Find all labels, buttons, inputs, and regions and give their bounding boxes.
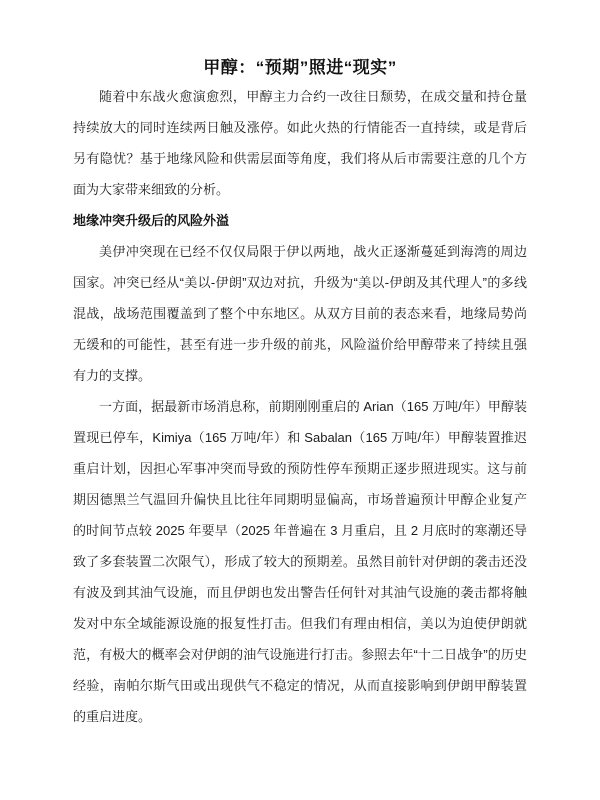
body-paragraph: 美伊冲突现在已经不仅仅局限于伊以两地，战火正逐渐蔓延到海湾的周边国家。冲突已经从… <box>73 236 527 391</box>
document-body: 随着中东战火愈演愈烈，甲醇主力合约一改往日颓势，在成交量和持仓量持续放大的同时连… <box>73 81 527 732</box>
section-heading: 地缘冲突升级后的风险外溢 <box>73 205 527 236</box>
body-paragraph: 随着中东战火愈演愈烈，甲醇主力合约一改往日颓势，在成交量和持仓量持续放大的同时连… <box>73 81 527 205</box>
document-title: 甲醇：“预期”照进“现实” <box>73 54 527 81</box>
document-page: 甲醇：“预期”照进“现实” 随着中东战火愈演愈烈，甲醇主力合约一改往日颓势，在成… <box>0 0 600 800</box>
body-paragraph: 一方面，据最新市场消息称，前期刚刚重启的 Arian（165 万吨/年）甲醇装置… <box>73 391 527 732</box>
